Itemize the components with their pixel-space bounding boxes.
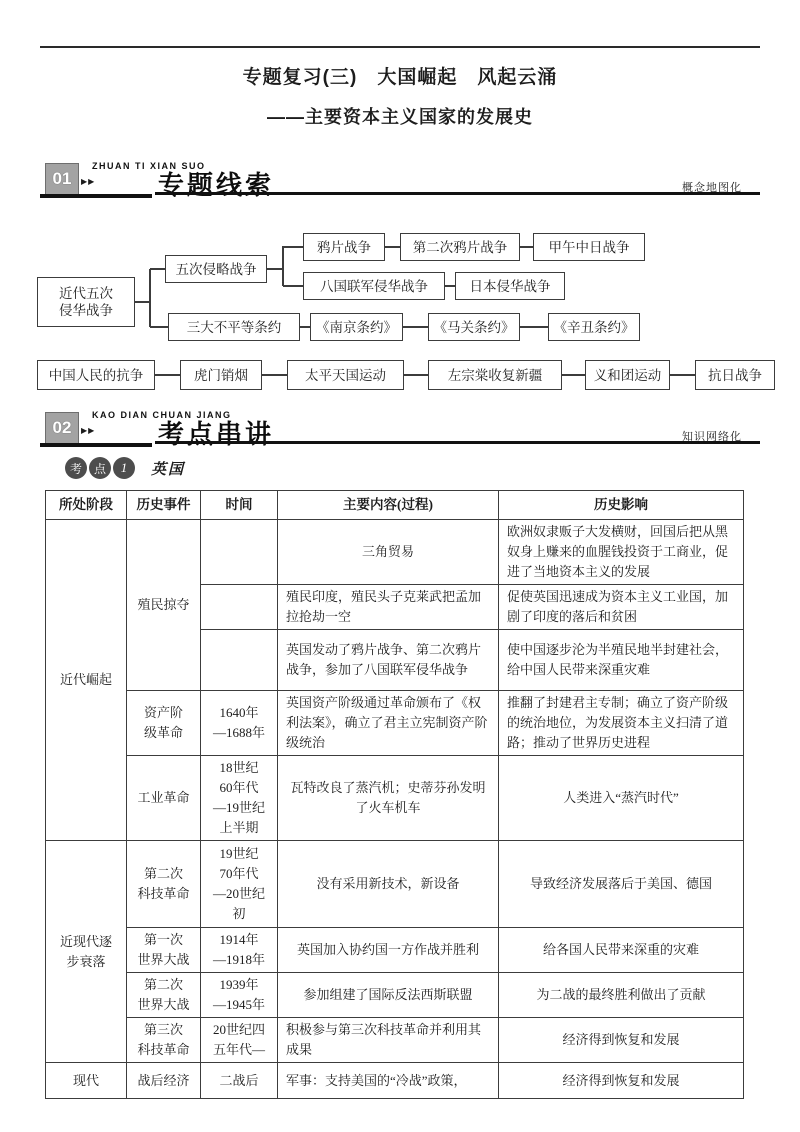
flow-node-antijapan: 抗日战争 xyxy=(695,360,775,390)
header-stage: 所处阶段 xyxy=(46,491,127,520)
flow-node-yihetuan: 义和团运动 xyxy=(585,360,670,390)
cell-event: 第一次 世界大战 xyxy=(127,928,201,973)
section2-number-box: 02 xyxy=(45,412,79,444)
top-horizontal-rule xyxy=(40,46,760,48)
cell-content: 军事：支持美国的“冷战”政策， xyxy=(278,1063,499,1099)
cell-time: 19世纪 70年代 —20世纪 初 xyxy=(201,841,278,928)
connector-line xyxy=(135,301,150,303)
section1-tag: 概念地图化 xyxy=(682,179,742,195)
britain-history-table: 所处阶段 历史事件 时间 主要内容(过程) 历史影响 近代崛起 殖民掠夺 三角贸… xyxy=(45,490,744,1099)
cell-event: 战后经济 xyxy=(127,1063,201,1099)
document-page: 专题复习(三) 大国崛起 风起云涌 ——主要资本主义国家的发展史 01 ▶▶ Z… xyxy=(0,0,800,1132)
cell-time xyxy=(201,630,278,691)
flow-node-resistance: 中国人民的抗争 xyxy=(37,360,155,390)
header-impact: 历史影响 xyxy=(499,491,744,520)
section1-underline-left xyxy=(40,194,152,198)
cell-content: 殖民印度，殖民头子克莱武把孟加拉抢劫一空 xyxy=(278,585,499,630)
double-arrow-icon: ▶▶ xyxy=(81,426,95,435)
flow-node-eight-powers: 八国联军侵华战争 xyxy=(303,272,445,300)
cell-time: 18世纪 60年代 —19世纪 上半期 xyxy=(201,756,278,841)
connector-line xyxy=(282,246,284,286)
cell-content: 没有采用新技术，新设备 xyxy=(278,841,499,928)
cell-impact: 经济得到恢复和发展 xyxy=(499,1063,744,1099)
kaodian-badge: 考 点 1 英国 xyxy=(65,457,185,479)
badge-circle-kao: 考 xyxy=(65,457,87,479)
connector-line xyxy=(267,268,283,270)
flow-node-five-wars: 五次侵略战争 xyxy=(165,255,267,283)
table-row: 第三次 科技革命 20世纪四 五年代— 积极参与第三次科技革命并利用其成果 经济… xyxy=(46,1018,744,1063)
flow-node-treaties: 三大不平等条约 xyxy=(168,313,300,341)
connector-line xyxy=(150,326,168,328)
connector-line xyxy=(562,374,585,376)
kaodian-country-label: 英国 xyxy=(151,458,185,479)
table-row: 工业革命 18世纪 60年代 —19世纪 上半期 瓦特改良了蒸汽机；史蒂芬孙发明… xyxy=(46,756,744,841)
cell-impact: 使中国逐步沦为半殖民地半封建社会，给中国人民带来深重灾难 xyxy=(499,630,744,691)
flow-node-opium-war: 鸦片战争 xyxy=(303,233,385,261)
cell-impact: 导致经济发展落后于美国、德国 xyxy=(499,841,744,928)
connector-line xyxy=(300,326,310,328)
cell-event: 资产阶 级革命 xyxy=(127,691,201,756)
flow-node-xinchou-treaty: 《辛丑条约》 xyxy=(548,313,640,341)
cell-content: 三角贸易 xyxy=(278,520,499,585)
table-row: 近代崛起 殖民掠夺 三角贸易 欧洲奴隶贩子大发横财，回国后把从黑奴身上赚来的血腥… xyxy=(46,520,744,585)
cell-time xyxy=(201,520,278,585)
badge-circle-dian: 点 xyxy=(89,457,111,479)
cell-impact: 促使英国迅速成为资本主义工业国，加剧了印度的落后和贫困 xyxy=(499,585,744,630)
cell-stage: 近现代逐 步衰落 xyxy=(46,841,127,1063)
cell-time: 20世纪四 五年代— xyxy=(201,1018,278,1063)
section2-underline-left xyxy=(40,443,152,447)
cell-stage: 现代 xyxy=(46,1063,127,1099)
header-content: 主要内容(过程) xyxy=(278,491,499,520)
connector-line xyxy=(670,374,695,376)
connector-line xyxy=(445,285,455,287)
cell-time: 1640年 —1688年 xyxy=(201,691,278,756)
cell-event: 第三次 科技革命 xyxy=(127,1018,201,1063)
table-row: 第二次 世界大战 1939年 —1945年 参加组建了国际反法西斯联盟 为二战的… xyxy=(46,973,744,1018)
double-arrow-icon: ▶▶ xyxy=(81,177,95,186)
connector-line xyxy=(520,326,548,328)
table-header-row: 所处阶段 历史事件 时间 主要内容(过程) 历史影响 xyxy=(46,491,744,520)
page-title: 专题复习(三) 大国崛起 风起云涌 xyxy=(0,62,800,89)
connector-line xyxy=(403,326,428,328)
cell-time: 1914年 —1918年 xyxy=(201,928,278,973)
connector-line xyxy=(283,285,303,287)
cell-impact: 给各国人民带来深重的灾难 xyxy=(499,928,744,973)
connector-line xyxy=(262,374,287,376)
flow-node-jiawu-war: 甲午中日战争 xyxy=(533,233,645,261)
connector-line xyxy=(149,269,151,327)
cell-impact: 人类进入“蒸汽时代” xyxy=(499,756,744,841)
cell-event: 殖民掠夺 xyxy=(127,520,201,691)
cell-impact: 推翻了封建君主专制；确立了资产阶级的统治地位，为发展资本主义扫清了道路；推动了世… xyxy=(499,691,744,756)
cell-impact: 经济得到恢复和发展 xyxy=(499,1018,744,1063)
cell-content: 英国发动了鸦片战争、第二次鸦片战争，参加了八国联军侵华战争 xyxy=(278,630,499,691)
flow-node-invasion-root: 近代五次 侵华战争 xyxy=(37,277,135,327)
cell-event: 第二次 科技革命 xyxy=(127,841,201,928)
connector-line xyxy=(404,374,428,376)
flow-node-zuozongtang: 左宗棠收复新疆 xyxy=(428,360,562,390)
table-row: 近现代逐 步衰落 第二次 科技革命 19世纪 70年代 —20世纪 初 没有采用… xyxy=(46,841,744,928)
flow-node-maguan-treaty: 《马关条约》 xyxy=(428,313,520,341)
section2-tag: 知识网络化 xyxy=(682,428,742,444)
cell-impact: 为二战的最终胜利做出了贡献 xyxy=(499,973,744,1018)
cell-event: 工业革命 xyxy=(127,756,201,841)
table-row: 第一次 世界大战 1914年 —1918年 英国加入协约国一方作战并胜利 给各国… xyxy=(46,928,744,973)
section1-number-box: 01 xyxy=(45,163,79,195)
page-subtitle: ——主要资本主义国家的发展史 xyxy=(0,103,800,129)
connector-line xyxy=(385,246,400,248)
badge-circle-number: 1 xyxy=(113,457,135,479)
connector-line xyxy=(155,374,180,376)
table-row: 现代 战后经济 二战后 军事：支持美国的“冷战”政策， 经济得到恢复和发展 xyxy=(46,1063,744,1099)
cell-content: 瓦特改良了蒸汽机；史蒂芬孙发明了火车机车 xyxy=(278,756,499,841)
cell-stage: 近代崛起 xyxy=(46,520,127,841)
connector-line xyxy=(283,246,303,248)
cell-time: 二战后 xyxy=(201,1063,278,1099)
cell-impact: 欧洲奴隶贩子大发横财，回国后把从黑奴身上赚来的血腥钱投资于工商业，促进了当地资本… xyxy=(499,520,744,585)
header-time: 时间 xyxy=(201,491,278,520)
flow-node-second-opium-war: 第二次鸦片战争 xyxy=(400,233,520,261)
header-event: 历史事件 xyxy=(127,491,201,520)
section1-underline-right xyxy=(155,192,760,195)
flow-node-japan-invasion: 日本侵华战争 xyxy=(455,272,565,300)
cell-content: 积极参与第三次科技革命并利用其成果 xyxy=(278,1018,499,1063)
cell-content: 英国加入协约国一方作战并胜利 xyxy=(278,928,499,973)
flow-node-taiping: 太平天国运动 xyxy=(287,360,404,390)
flow-node-nanjing-treaty: 《南京条约》 xyxy=(310,313,403,341)
cell-time xyxy=(201,585,278,630)
section2-underline-right xyxy=(155,441,760,444)
flow-node-humen: 虎门销烟 xyxy=(180,360,262,390)
section1-title: 专题线索 xyxy=(158,165,274,202)
cell-time: 1939年 —1945年 xyxy=(201,973,278,1018)
cell-content: 参加组建了国际反法西斯联盟 xyxy=(278,973,499,1018)
cell-content: 英国资产阶级通过革命颁布了《权利法案》，确立了君主立宪制资产阶级统治 xyxy=(278,691,499,756)
connector-line xyxy=(150,268,165,270)
cell-event: 第二次 世界大战 xyxy=(127,973,201,1018)
table-row: 资产阶 级革命 1640年 —1688年 英国资产阶级通过革命颁布了《权利法案》… xyxy=(46,691,744,756)
connector-line xyxy=(520,246,533,248)
section2-title: 考点串讲 xyxy=(158,414,274,451)
